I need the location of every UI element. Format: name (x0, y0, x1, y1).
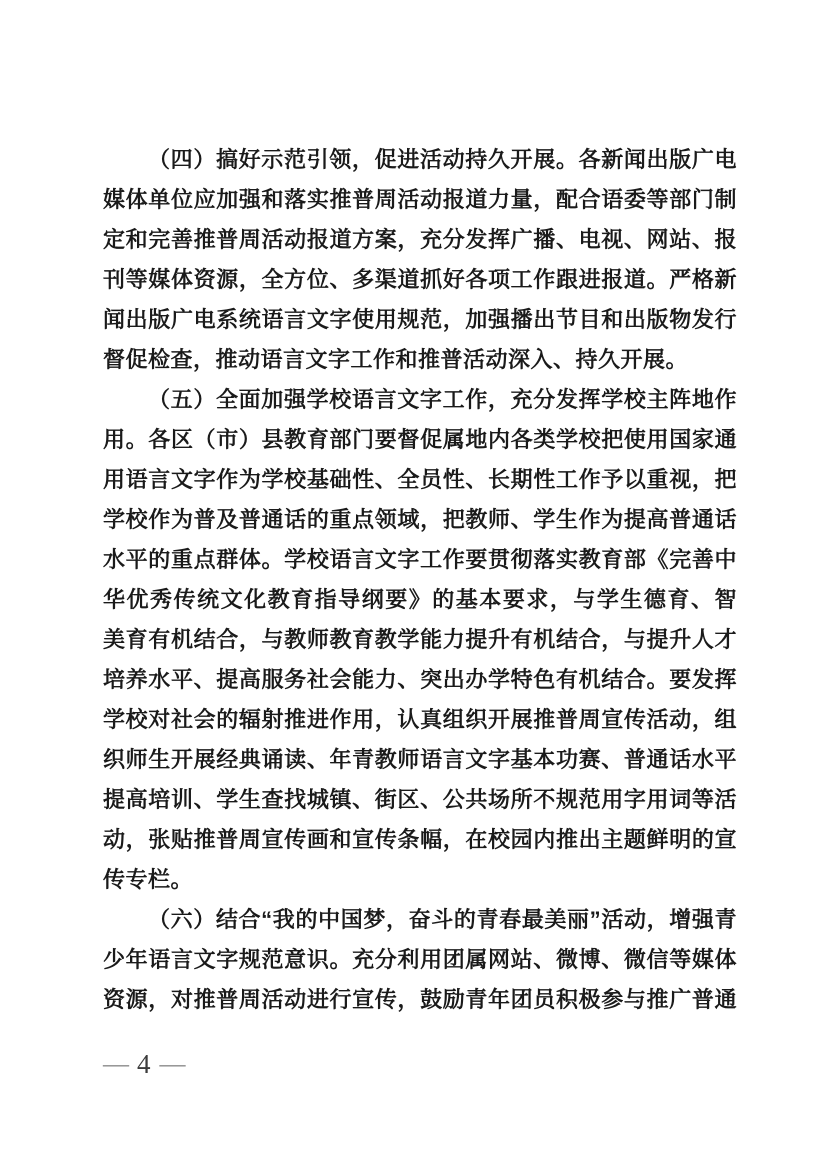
document-page: （四）搞好示范引领，促进活动持久开展。各新闻出版广电 媒体单位应加强和落实推普周… (0, 0, 827, 1169)
page-number: 4 (137, 1050, 151, 1078)
footer-dash-right: — (160, 1050, 185, 1078)
text-line: 闻出版广电系统语言文字使用规范，加强播出节目和出版物发行 (103, 300, 737, 340)
document-body: （四）搞好示范引领，促进活动持久开展。各新闻出版广电 媒体单位应加强和落实推普周… (103, 140, 737, 1020)
text-line: 媒体单位应加强和落实推普周活动报道力量，配合语委等部门制 (103, 180, 737, 220)
text-line: （四）搞好示范引领，促进活动持久开展。各新闻出版广电 (103, 140, 737, 180)
text-line: 资源，对推普周活动进行宣传，鼓励青年团员积极参与推广普通 (103, 980, 737, 1020)
text-line: 传专栏。 (103, 860, 737, 900)
page-footer: — 4 — (103, 1050, 185, 1078)
text-line: 水平的重点群体。学校语言文字工作要贯彻落实教育部《完善中 (103, 540, 737, 580)
text-line: 培养水平、提高服务社会能力、突出办学特色有机结合。要发挥 (103, 660, 737, 700)
text-line: 提高培训、学生查找城镇、街区、公共场所不规范用字用词等活 (103, 780, 737, 820)
text-line: 定和完善推普周活动报道方案，充分发挥广播、电视、网站、报 (103, 220, 737, 260)
text-line: 学校对社会的辐射推进作用，认真组织开展推普周宣传活动，组 (103, 700, 737, 740)
text-line: 美育有机结合，与教师教育教学能力提升有机结合，与提升人才 (103, 620, 737, 660)
text-line: （五）全面加强学校语言文字工作，充分发挥学校主阵地作 (103, 380, 737, 420)
text-line: 动，张贴推普周宣传画和宣传条幅，在校园内推出主题鲜明的宣 (103, 820, 737, 860)
paragraph-section-4: （四）搞好示范引领，促进活动持久开展。各新闻出版广电 媒体单位应加强和落实推普周… (103, 140, 737, 380)
paragraph-section-5: （五）全面加强学校语言文字工作，充分发挥学校主阵地作 用。各区（市）县教育部门要… (103, 380, 737, 900)
text-line: 用。各区（市）县教育部门要督促属地内各类学校把使用国家通 (103, 420, 737, 460)
footer-dash-left: — (103, 1050, 128, 1078)
text-line: 用语言文字作为学校基础性、全员性、长期性工作予以重视，把 (103, 460, 737, 500)
paragraph-section-6: （六）结合“我的中国梦，奋斗的青春最美丽”活动，增强青 少年语言文字规范意识。充… (103, 900, 737, 1020)
text-line: 督促检查，推动语言文字工作和推普活动深入、持久开展。 (103, 340, 737, 380)
text-line: 少年语言文字规范意识。充分利用团属网站、微博、微信等媒体 (103, 940, 737, 980)
text-line: 学校作为普及普通话的重点领域，把教师、学生作为提高普通话 (103, 500, 737, 540)
text-line: 华优秀传统文化教育指导纲要》的基本要求，与学生德育、智育、 (103, 580, 737, 620)
text-line: 织师生开展经典诵读、年青教师语言文字基本功赛、普通话水平 (103, 740, 737, 780)
text-line: 刊等媒体资源，全方位、多渠道抓好各项工作跟进报道。严格新 (103, 260, 737, 300)
text-line: （六）结合“我的中国梦，奋斗的青春最美丽”活动，增强青 (103, 900, 737, 940)
